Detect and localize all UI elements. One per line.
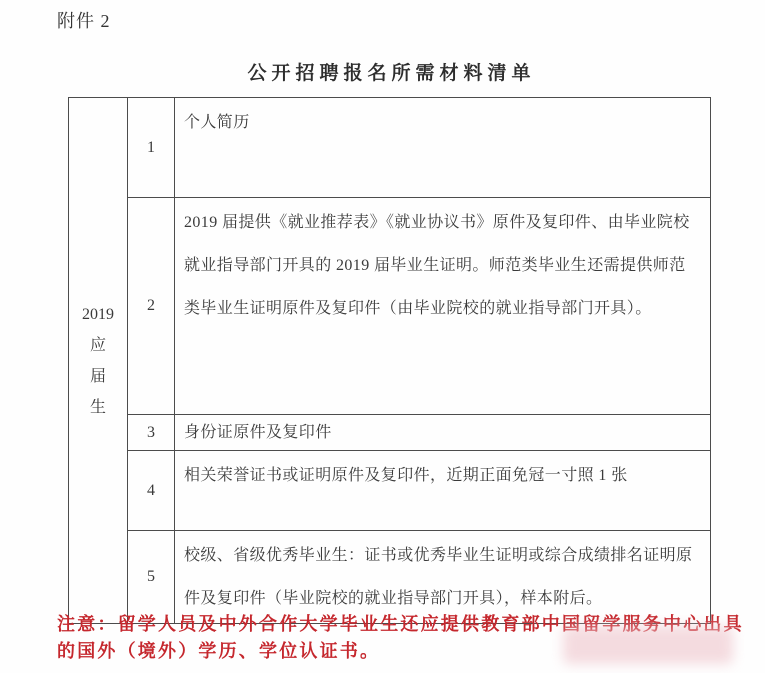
table-row: 4 相关荣誉证书或证明原件及复印件，近期正面免冠一寸照 1 张 bbox=[69, 451, 711, 531]
row-number-5: 5 bbox=[128, 531, 175, 624]
row-number-2: 2 bbox=[128, 198, 175, 415]
row-content-4: 相关荣誉证书或证明原件及复印件，近期正面免冠一寸照 1 张 bbox=[175, 451, 711, 531]
row-content-3: 身份证原件及复印件 bbox=[175, 415, 711, 451]
table-row: 3 身份证原件及复印件 bbox=[69, 415, 711, 451]
table-row: 2019 应届生 1 个人简历 bbox=[69, 98, 711, 198]
group-cell-2019-graduates: 2019 应届生 bbox=[69, 98, 128, 624]
group-year-label: 2019 bbox=[69, 299, 127, 330]
row-number-1: 1 bbox=[128, 98, 175, 198]
document-page: 附件 2 公开招聘报名所需材料清单 2019 应届生 1 个人简历 2 2019… bbox=[0, 0, 765, 673]
group-vertical-label: 应届生 bbox=[88, 330, 109, 423]
attachment-label: 附件 2 bbox=[57, 7, 111, 33]
row-content-5: 校级、省级优秀毕业生：证书或优秀毕业生证明或综合成绩排名证明原件及复印件（毕业院… bbox=[175, 531, 711, 624]
row-number-4: 4 bbox=[128, 451, 175, 531]
materials-table: 2019 应届生 1 个人简历 2 2019 届提供《就业推荐表》《就业协议书》… bbox=[68, 97, 711, 624]
page-title: 公开招聘报名所需材料清单 bbox=[9, 58, 765, 85]
row-content-1: 个人简历 bbox=[175, 98, 711, 198]
row-number-3: 3 bbox=[128, 415, 175, 451]
row-content-2: 2019 届提供《就业推荐表》《就业协议书》原件及复印件、由毕业院校就业指导部门… bbox=[175, 198, 711, 415]
table-row: 2 2019 届提供《就业推荐表》《就业协议书》原件及复印件、由毕业院校就业指导… bbox=[69, 198, 711, 415]
blurred-watermark bbox=[563, 626, 733, 664]
table-row: 5 校级、省级优秀毕业生：证书或优秀毕业生证明或综合成绩排名证明原件及复印件（毕… bbox=[69, 531, 711, 624]
